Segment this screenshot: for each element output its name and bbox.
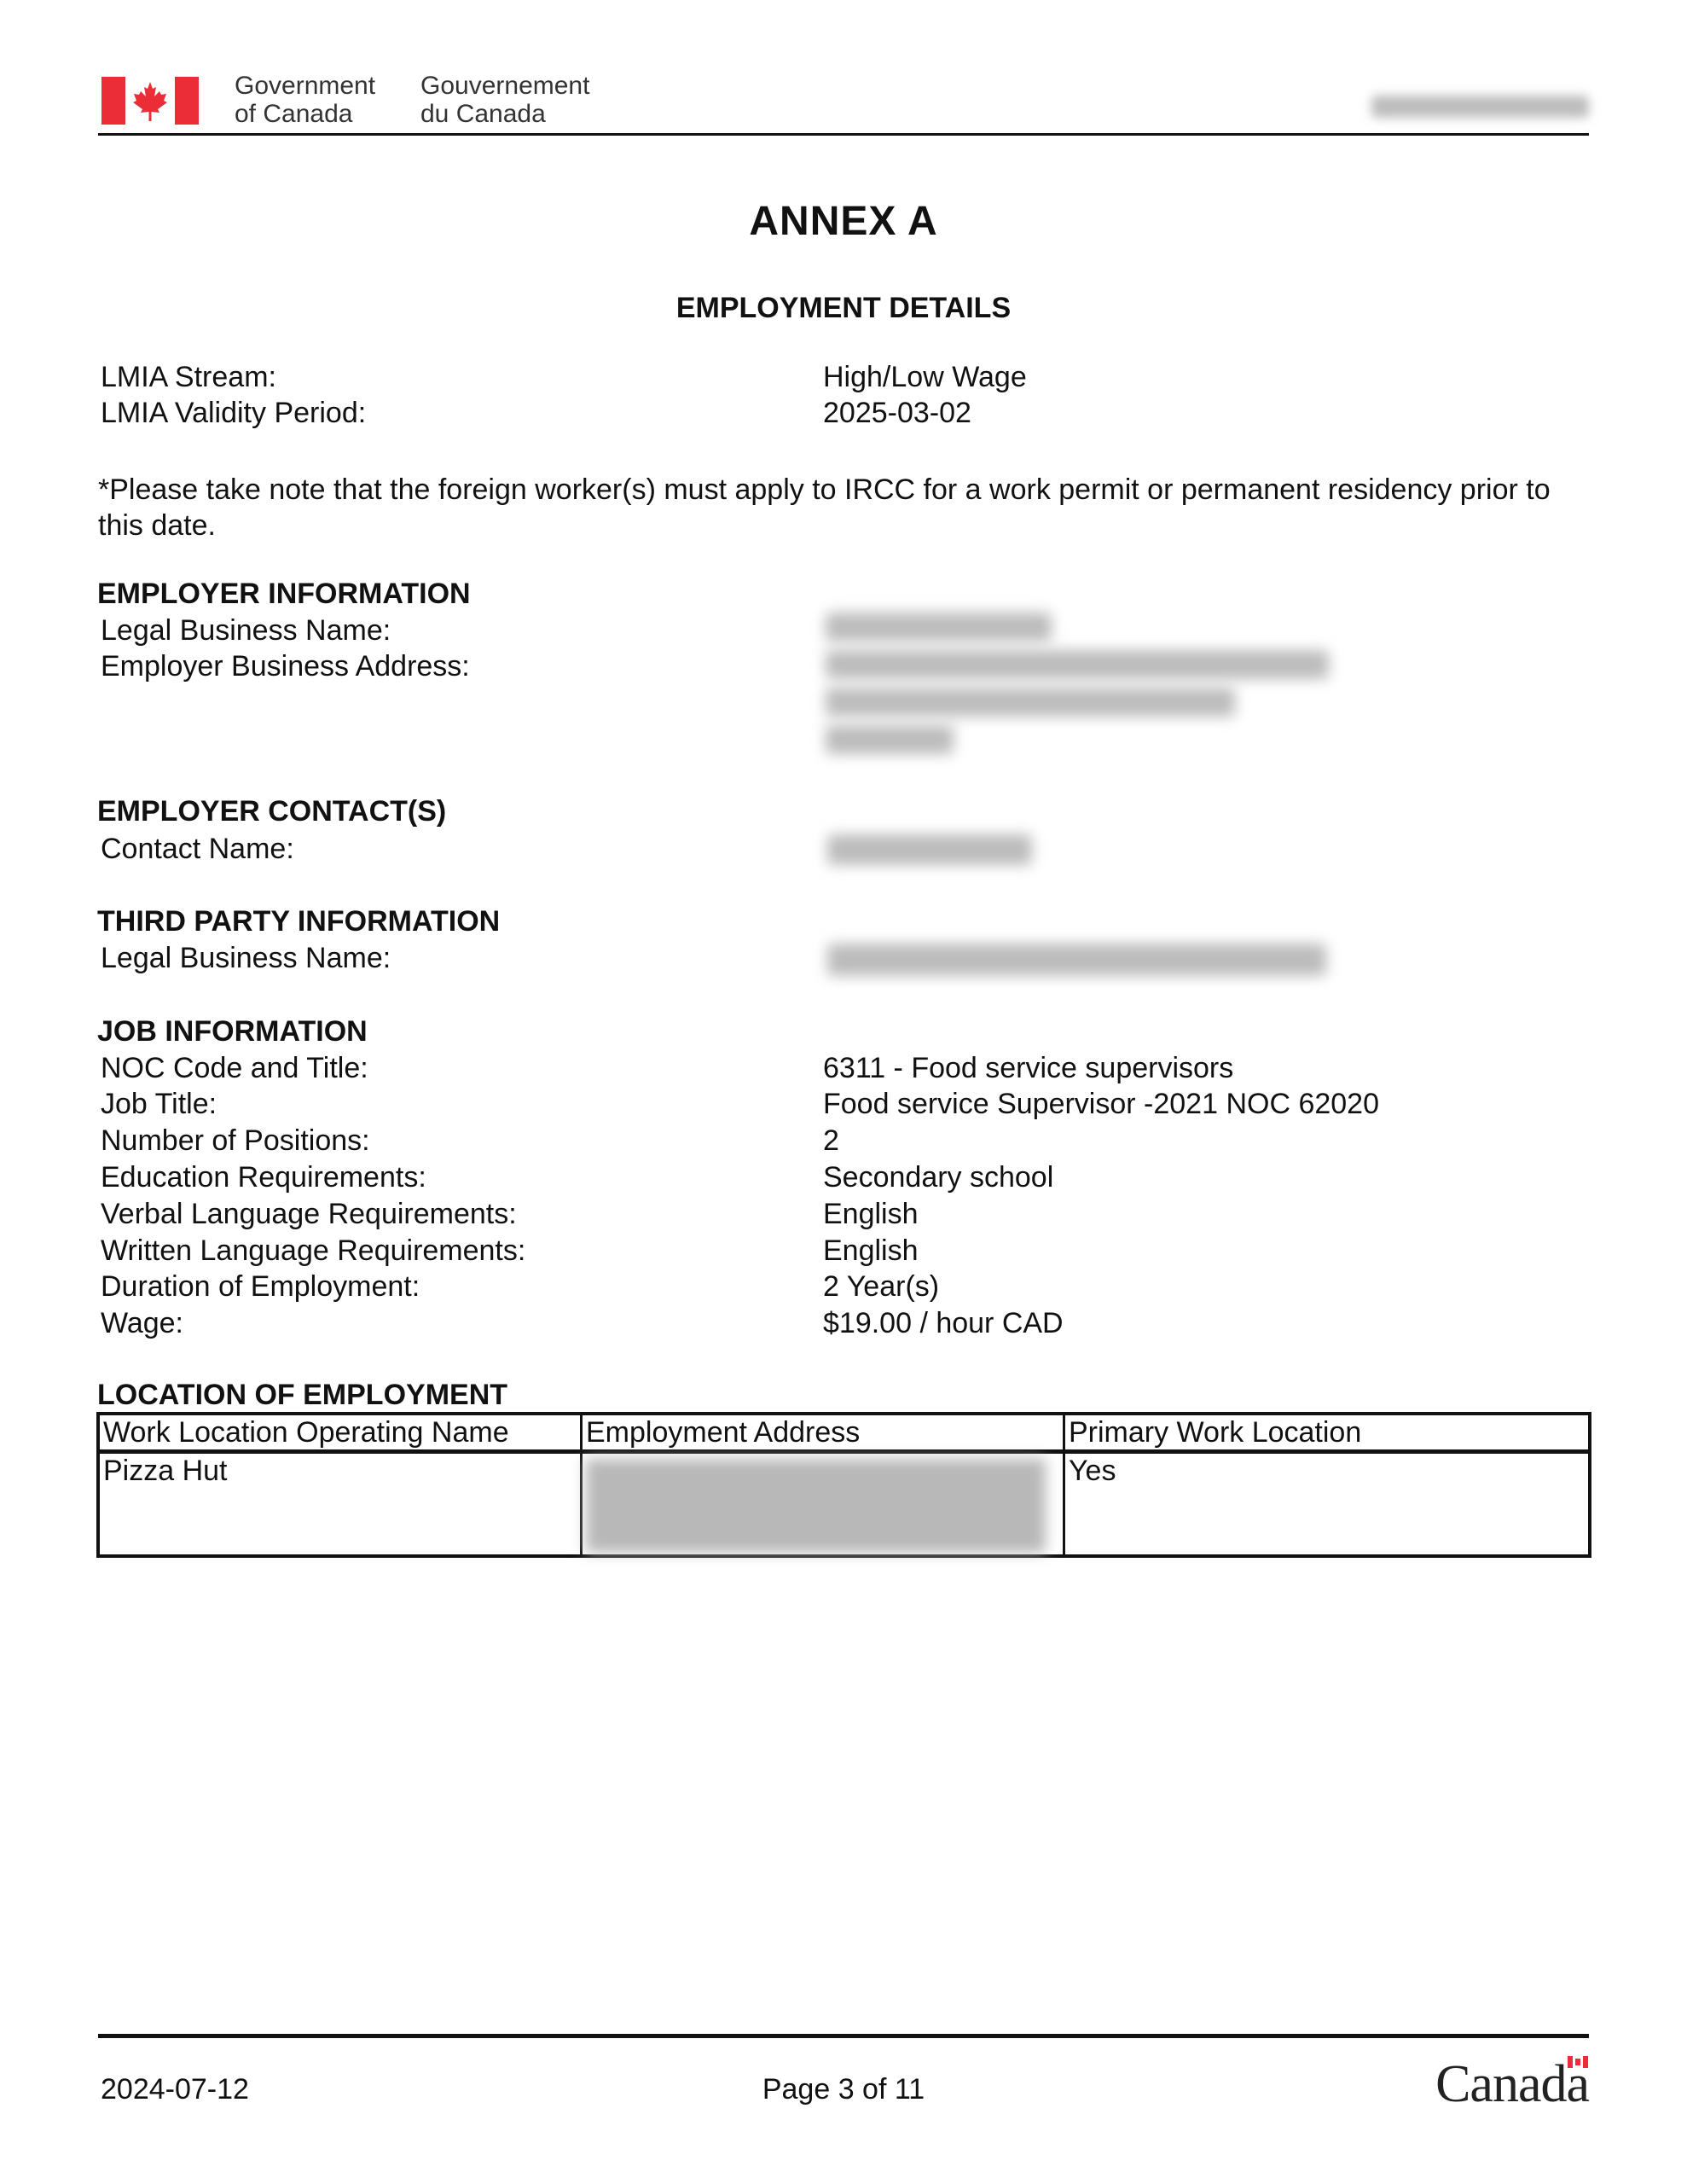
field-value: $19.00 / hour CAD xyxy=(823,1305,1064,1341)
employer-information-heading: EMPLOYER INFORMATION xyxy=(97,576,471,612)
detail-row-written-language: Written Language Requirements: English xyxy=(101,1233,1593,1269)
detail-row-noc-code: NOC Code and Title: 6311 - Food service … xyxy=(101,1050,1593,1086)
field-value: Food service Supervisor -2021 NOC 62020 xyxy=(823,1086,1379,1122)
field-value: English xyxy=(823,1196,919,1232)
field-label: Duration of Employment: xyxy=(101,1269,420,1304)
field-label: Education Requirements: xyxy=(101,1159,426,1195)
detail-row-positions: Number of Positions: 2 xyxy=(101,1123,1593,1159)
field-label: Number of Positions: xyxy=(101,1123,370,1159)
redacted-employment-address xyxy=(586,1459,1046,1553)
section-title: EMPLOYMENT DETAILS xyxy=(0,292,1687,325)
redacted-address-line xyxy=(826,725,954,754)
page-number: Page 3 of 11 xyxy=(0,2073,1687,2106)
field-value: 2 xyxy=(823,1123,839,1159)
column-header: Primary Work Location xyxy=(1064,1414,1591,1452)
detail-row-verbal-language: Verbal Language Requirements: English xyxy=(101,1196,1593,1232)
detail-row-duration: Duration of Employment: 2 Year(s) xyxy=(101,1269,1593,1304)
redacted-document-reference xyxy=(1371,96,1589,118)
third-party-information-heading: THIRD PARTY INFORMATION xyxy=(97,903,500,939)
field-label: Legal Business Name: xyxy=(101,613,391,648)
government-of-canada-label: Government of Canada xyxy=(235,72,375,128)
field-label: Written Language Requirements: xyxy=(101,1233,525,1269)
redacted-address-line xyxy=(826,650,1329,679)
page-title: ANNEX A xyxy=(0,198,1687,245)
wordmark-flag-icon xyxy=(1568,2056,1588,2068)
location-table: Work Location Operating Name Employment … xyxy=(96,1412,1591,1558)
field-label: Contact Name: xyxy=(101,831,294,867)
detail-row-lmia-stream: LMIA Stream: High/Low Wage xyxy=(101,359,1593,395)
redacted-contact-name xyxy=(827,834,1032,865)
field-value: 2025-03-02 xyxy=(823,395,971,431)
location-of-employment-heading: LOCATION OF EMPLOYMENT xyxy=(97,1377,507,1413)
field-label: LMIA Stream: xyxy=(101,359,276,395)
redacted-business-name xyxy=(826,613,1052,642)
header-divider xyxy=(98,133,1589,136)
field-label: Legal Business Name: xyxy=(101,940,391,976)
field-value: English xyxy=(823,1233,919,1269)
table-header-row: Work Location Operating Name Employment … xyxy=(98,1414,1590,1452)
field-label: Job Title: xyxy=(101,1086,217,1122)
gouvernement-du-canada-label: Gouvernement du Canada xyxy=(420,72,589,128)
employer-contacts-heading: EMPLOYER CONTACT(S) xyxy=(97,793,446,829)
field-value: Secondary school xyxy=(823,1159,1053,1195)
table-cell-employment-address xyxy=(582,1452,1064,1557)
footer-divider xyxy=(98,2034,1589,2038)
page-header: Government of Canada Gouvernement du Can… xyxy=(98,70,1589,135)
field-label: Employer Business Address: xyxy=(101,648,470,684)
field-value: High/Low Wage xyxy=(823,359,1027,395)
canada-flag-icon xyxy=(101,77,199,125)
document-page: Government of Canada Gouvernement du Can… xyxy=(0,0,1687,2184)
field-value: 6311 - Food service supervisors xyxy=(823,1050,1233,1086)
field-value: 2 Year(s) xyxy=(823,1269,939,1304)
table-cell-primary-location: Yes xyxy=(1064,1452,1591,1557)
canada-wordmark: Canada xyxy=(1435,2054,1589,2115)
field-label: NOC Code and Title: xyxy=(101,1050,368,1086)
detail-row-education: Education Requirements: Secondary school xyxy=(101,1159,1593,1195)
job-information-heading: JOB INFORMATION xyxy=(97,1014,368,1049)
field-label: Verbal Language Requirements: xyxy=(101,1196,517,1232)
redacted-third-party-name xyxy=(827,944,1326,976)
table-row: Pizza Hut Yes xyxy=(98,1452,1590,1557)
column-header: Employment Address xyxy=(582,1414,1064,1452)
detail-row-lmia-validity: LMIA Validity Period: 2025-03-02 xyxy=(101,395,1593,431)
table-cell-operating-name: Pizza Hut xyxy=(98,1452,582,1557)
column-header: Work Location Operating Name xyxy=(98,1414,582,1452)
field-label: Wage: xyxy=(101,1305,183,1341)
field-label: LMIA Validity Period: xyxy=(101,395,366,431)
redacted-address-line xyxy=(826,688,1235,717)
detail-row-job-title: Job Title: Food service Supervisor -2021… xyxy=(101,1086,1593,1122)
detail-row-wage: Wage: $19.00 / hour CAD xyxy=(101,1305,1593,1341)
ircc-note: *Please take note that the foreign worke… xyxy=(98,472,1595,543)
